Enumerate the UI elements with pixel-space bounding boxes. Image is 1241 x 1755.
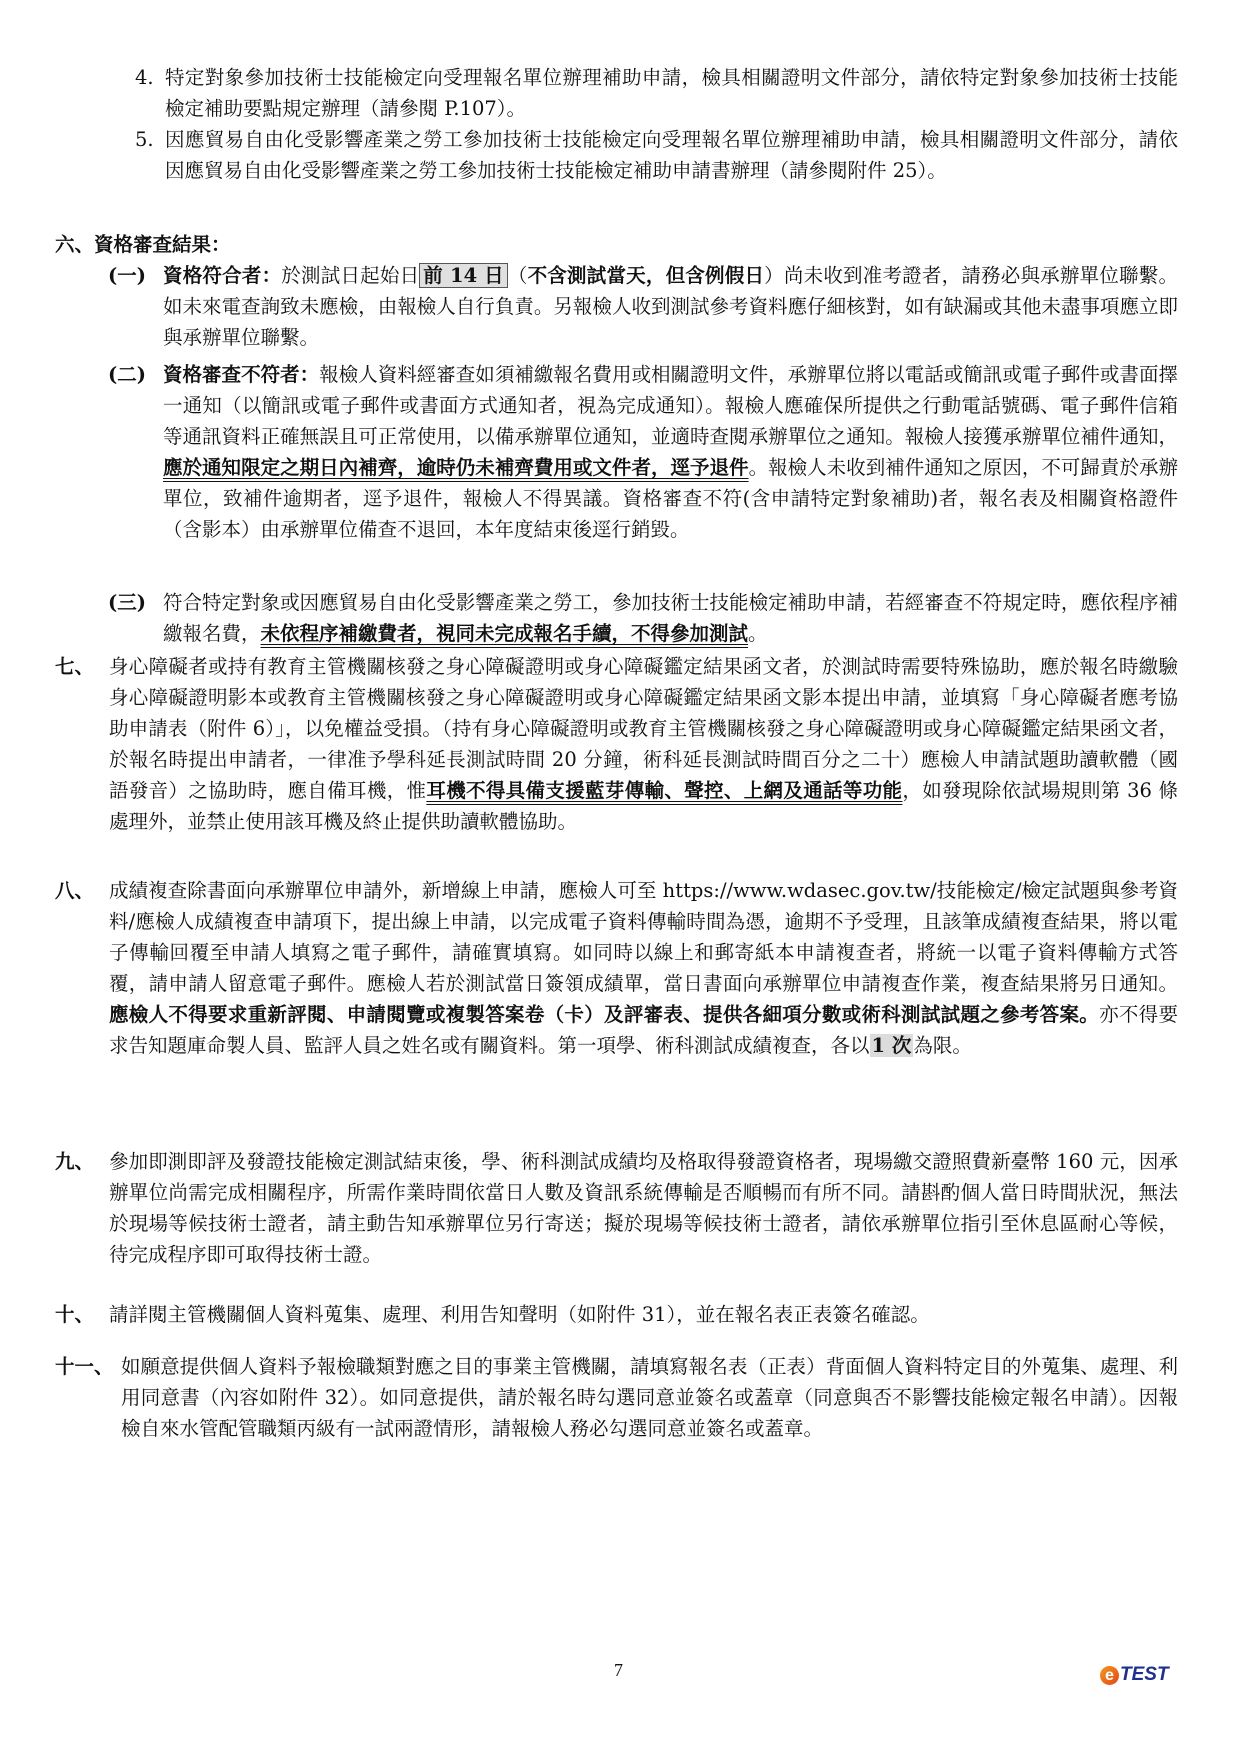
section-9: 九、 參加即測即評及發證技能檢定測試結束後，學、術科測試成績均及格取得發證資格者…	[55, 1146, 1178, 1270]
section-6-sub-1: (一) 資格符合者：於測試日起始日前 14 日（不含測試當天，但含例假日）尚未收…	[108, 260, 1178, 353]
item-text: 因應貿易自由化受影響產業之勞工參加技術士技能檢定向受理報名單位辦理補助申請，檢具…	[165, 124, 1178, 186]
sub-label: (二)	[108, 359, 146, 390]
section-7: 七、 身心障礙者或持有教育主管機關核發之身心障礙證明或身心障礙鑑定結果函文者，於…	[55, 651, 1178, 837]
section-6-sub-2: (二) 資格審查不符者：報檢人資料經審查如須補繳報名費用或相關證明文件，承辦單位…	[108, 359, 1178, 545]
section-6-sub-3: (三) 符合特定對象或因應貿易自由化受影響產業之勞工，參加技術士技能檢定補助申請…	[108, 587, 1178, 649]
text: 參加即測即評及發證技能檢定測試結束後，學、術科測試成績均及格取得發證資格者，現場…	[109, 1150, 1178, 1266]
sub-label: (三)	[108, 587, 146, 618]
text: 為限。	[913, 1034, 972, 1057]
bold-text: 應檢人不得要求重新評閱、申請閱覽或複製答案卷（卡）及評審表、提供各細項分數或術科…	[109, 1003, 1099, 1026]
bold-text: 不含測試當天，但含例假日	[528, 264, 765, 287]
text: 成績複查除書面向承辦單位申請外，新增線上申請，應檢人可至 https://www…	[109, 879, 1178, 995]
underlined-text: 應於通知限定之期日內補齊，逾時仍未補齊費用或文件者，逕予退件	[163, 456, 749, 479]
underlined-text: 耳機不得具備支援藍芽傳輸、聲控、上網及通話等功能	[426, 779, 902, 802]
section-10: 十、 請詳閱主管機關個人資料蒐集、處理、利用告知聲明（如附件 31），並在報名表…	[55, 1299, 1178, 1330]
highlight-text: 1 次	[870, 1034, 914, 1057]
sub-title: 資格審查不符者：	[163, 363, 319, 386]
sub-title: 資格符合者：	[163, 264, 281, 287]
logo-text: TEST	[1120, 1664, 1169, 1686]
page-number: 7	[614, 1660, 623, 1681]
text: 於測試日起始日	[281, 264, 419, 287]
sub-label: (一)	[108, 260, 146, 291]
document-page: 4. 特定對象參加技術士技能檢定向受理報名單位辦理補助申請，檢具相關證明文件部分…	[0, 0, 1241, 1755]
section-label: 十、	[55, 1299, 94, 1330]
text: （	[508, 264, 528, 287]
list-item-5: 5. 因應貿易自由化受影響產業之勞工參加技術士技能檢定向受理報名單位辦理補助申請…	[135, 124, 1178, 186]
section-label: 七、	[55, 651, 94, 682]
section-label: 九、	[55, 1146, 94, 1177]
highlight-box: 前 14 日	[419, 263, 508, 288]
section-11: 十一、 如願意提供個人資料予報檢職類對應之目的事業主管機關，請填寫報名表（正表）…	[55, 1351, 1178, 1444]
section-6-heading: 六、資格審查結果：	[55, 229, 655, 260]
item-number: 5.	[135, 124, 154, 155]
section-8: 八、 成績複查除書面向承辦單位申請外，新增線上申請，應檢人可至 https://…	[55, 875, 1178, 1061]
etest-logo: e TEST	[1100, 1664, 1169, 1686]
section-label: 八、	[55, 875, 94, 906]
item-text: 特定對象參加技術士技能檢定向受理報名單位辦理補助申請，檢具相關證明文件部分，請依…	[165, 62, 1178, 124]
list-item-4: 4. 特定對象參加技術士技能檢定向受理報名單位辦理補助申請，檢具相關證明文件部分…	[135, 62, 1178, 124]
text: 如願意提供個人資料予報檢職類對應之目的事業主管機關，請填寫報名表（正表）背面個人…	[121, 1355, 1178, 1440]
text: 請詳閱主管機關個人資料蒐集、處理、利用告知聲明（如附件 31），並在報名表正表簽…	[109, 1303, 930, 1326]
item-number: 4.	[135, 62, 154, 93]
logo-e-icon: e	[1100, 1666, 1119, 1685]
text: 。	[748, 622, 768, 645]
section-label: 十一、	[55, 1351, 114, 1382]
underlined-text: 未依程序補繳費者，視同未完成報名手續，不得參加測試	[261, 622, 749, 645]
